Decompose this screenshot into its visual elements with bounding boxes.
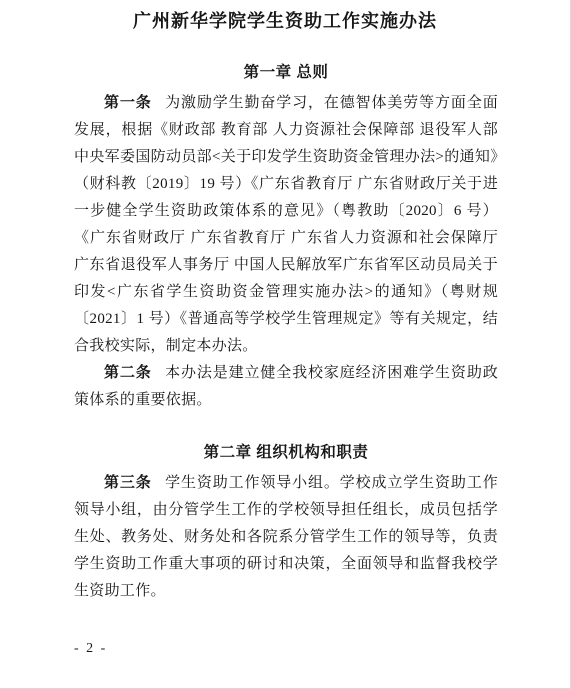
article-3-text: 学生资助工作领导小组。学校成立学生资助工作领导小组，由分管学生工作的学校领导担任… [74,475,498,599]
document-body: 第一章 总则 第一条为激励学生勤奋学习，在德智体美劳等方面全面发展，根据《财政部… [0,62,570,605]
paragraph-article-2: 第二条本办法是建立健全我校家庭经济困难学生资助政策体系的重要依据。 [74,360,498,414]
paragraph-article-3: 第三条学生资助工作领导小组。学校成立学生资助工作领导小组，由分管学生工作的学校领… [74,470,498,605]
article-2-label: 第二条 [104,365,152,381]
article-1-label: 第一条 [104,95,152,111]
page-number: - 2 - [74,641,107,657]
article-3-label: 第三条 [104,475,152,491]
paragraph-article-1: 第一条为激励学生勤奋学习，在德智体美劳等方面全面发展，根据《财政部 教育部 人力… [74,90,498,360]
article-1-text: 为激励学生勤奋学习，在德智体美劳等方面全面发展，根据《财政部 教育部 人力资源社… [74,95,498,354]
chapter-2-heading: 第二章 组织机构和职责 [74,442,498,464]
document-page: 广州新华学院学生资助工作实施办法 第一章 总则 第一条为激励学生勤奋学习，在德智… [0,0,571,689]
document-title: 广州新华学院学生资助工作实施办法 [0,0,570,34]
section-chapter-2: 第二章 组织机构和职责 第三条学生资助工作领导小组。学校成立学生资助工作领导小组… [74,442,498,605]
chapter-1-heading: 第一章 总则 [74,62,498,84]
section-chapter-1: 第一章 总则 第一条为激励学生勤奋学习，在德智体美劳等方面全面发展，根据《财政部… [74,62,498,414]
